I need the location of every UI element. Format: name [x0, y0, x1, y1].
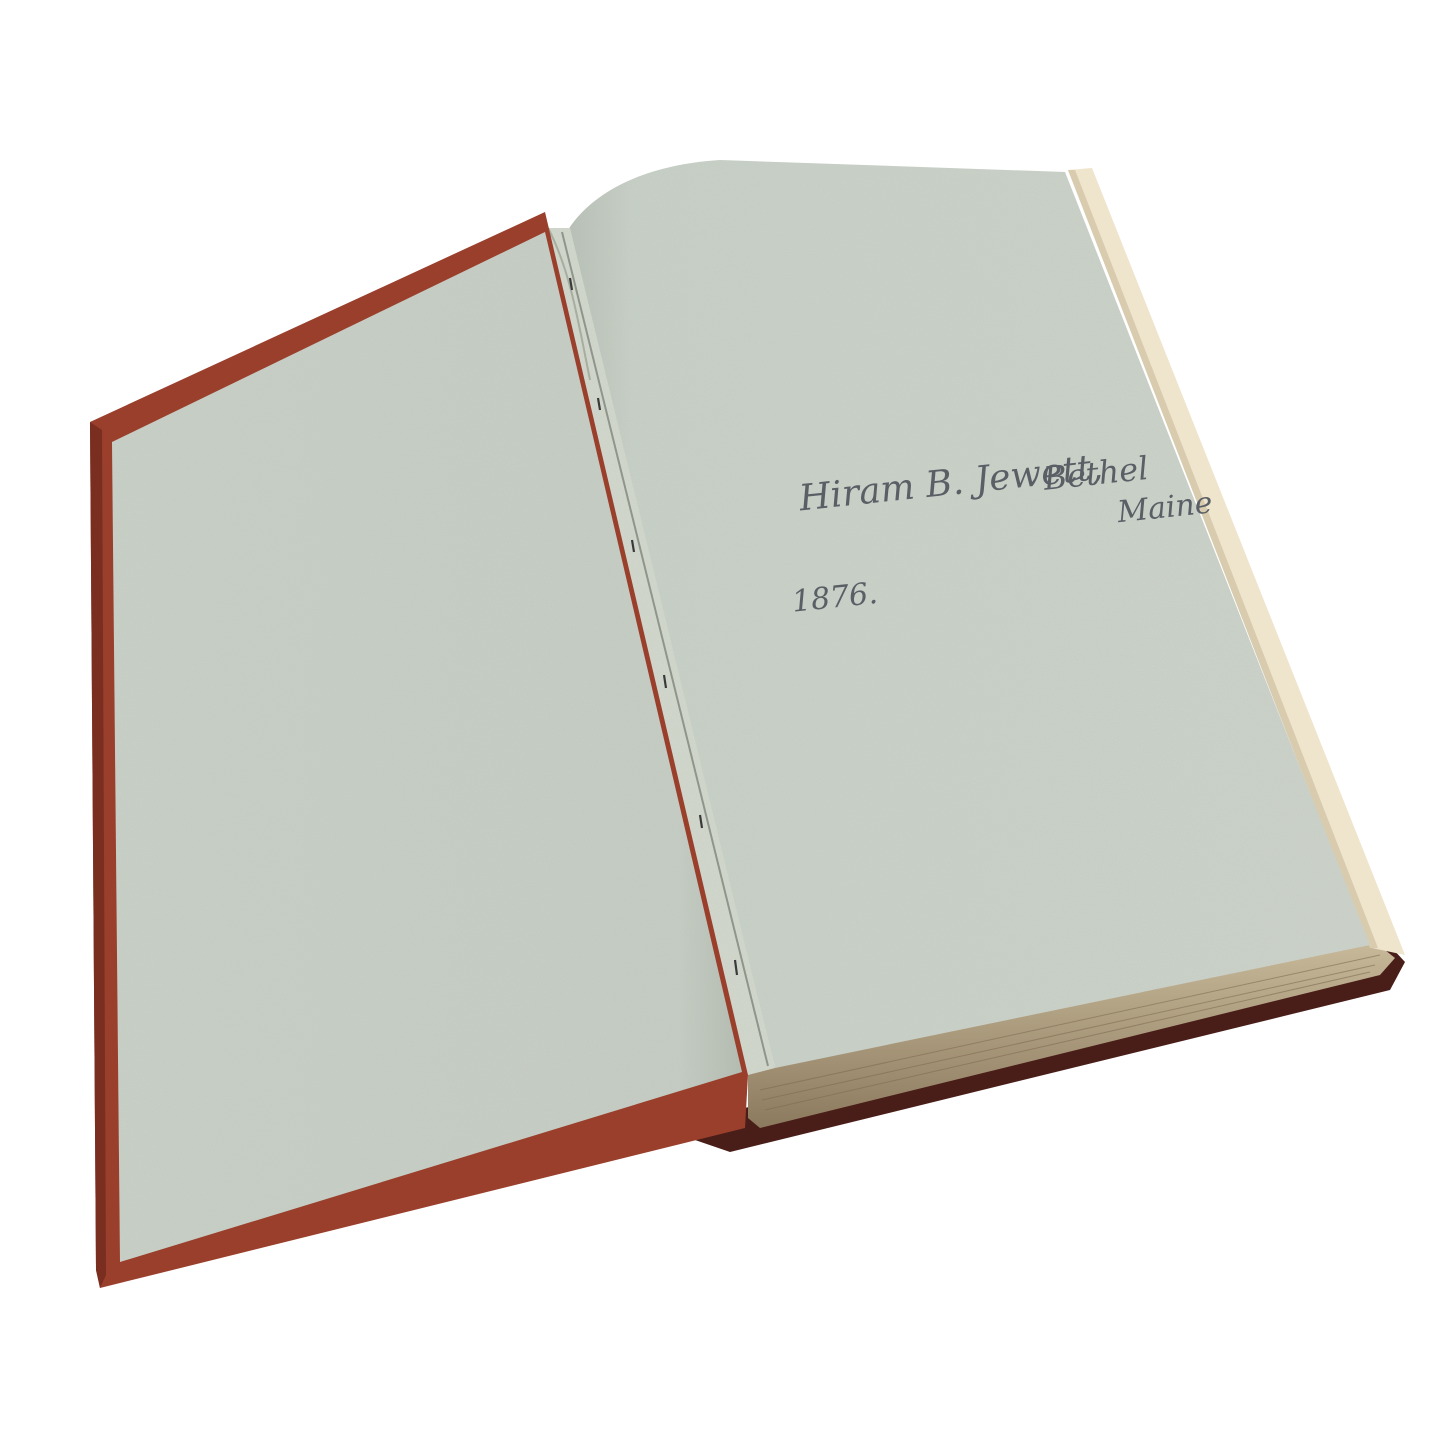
book-photo: Hiram B. Jewett, Bethel Maine 1876.: [0, 0, 1445, 1445]
